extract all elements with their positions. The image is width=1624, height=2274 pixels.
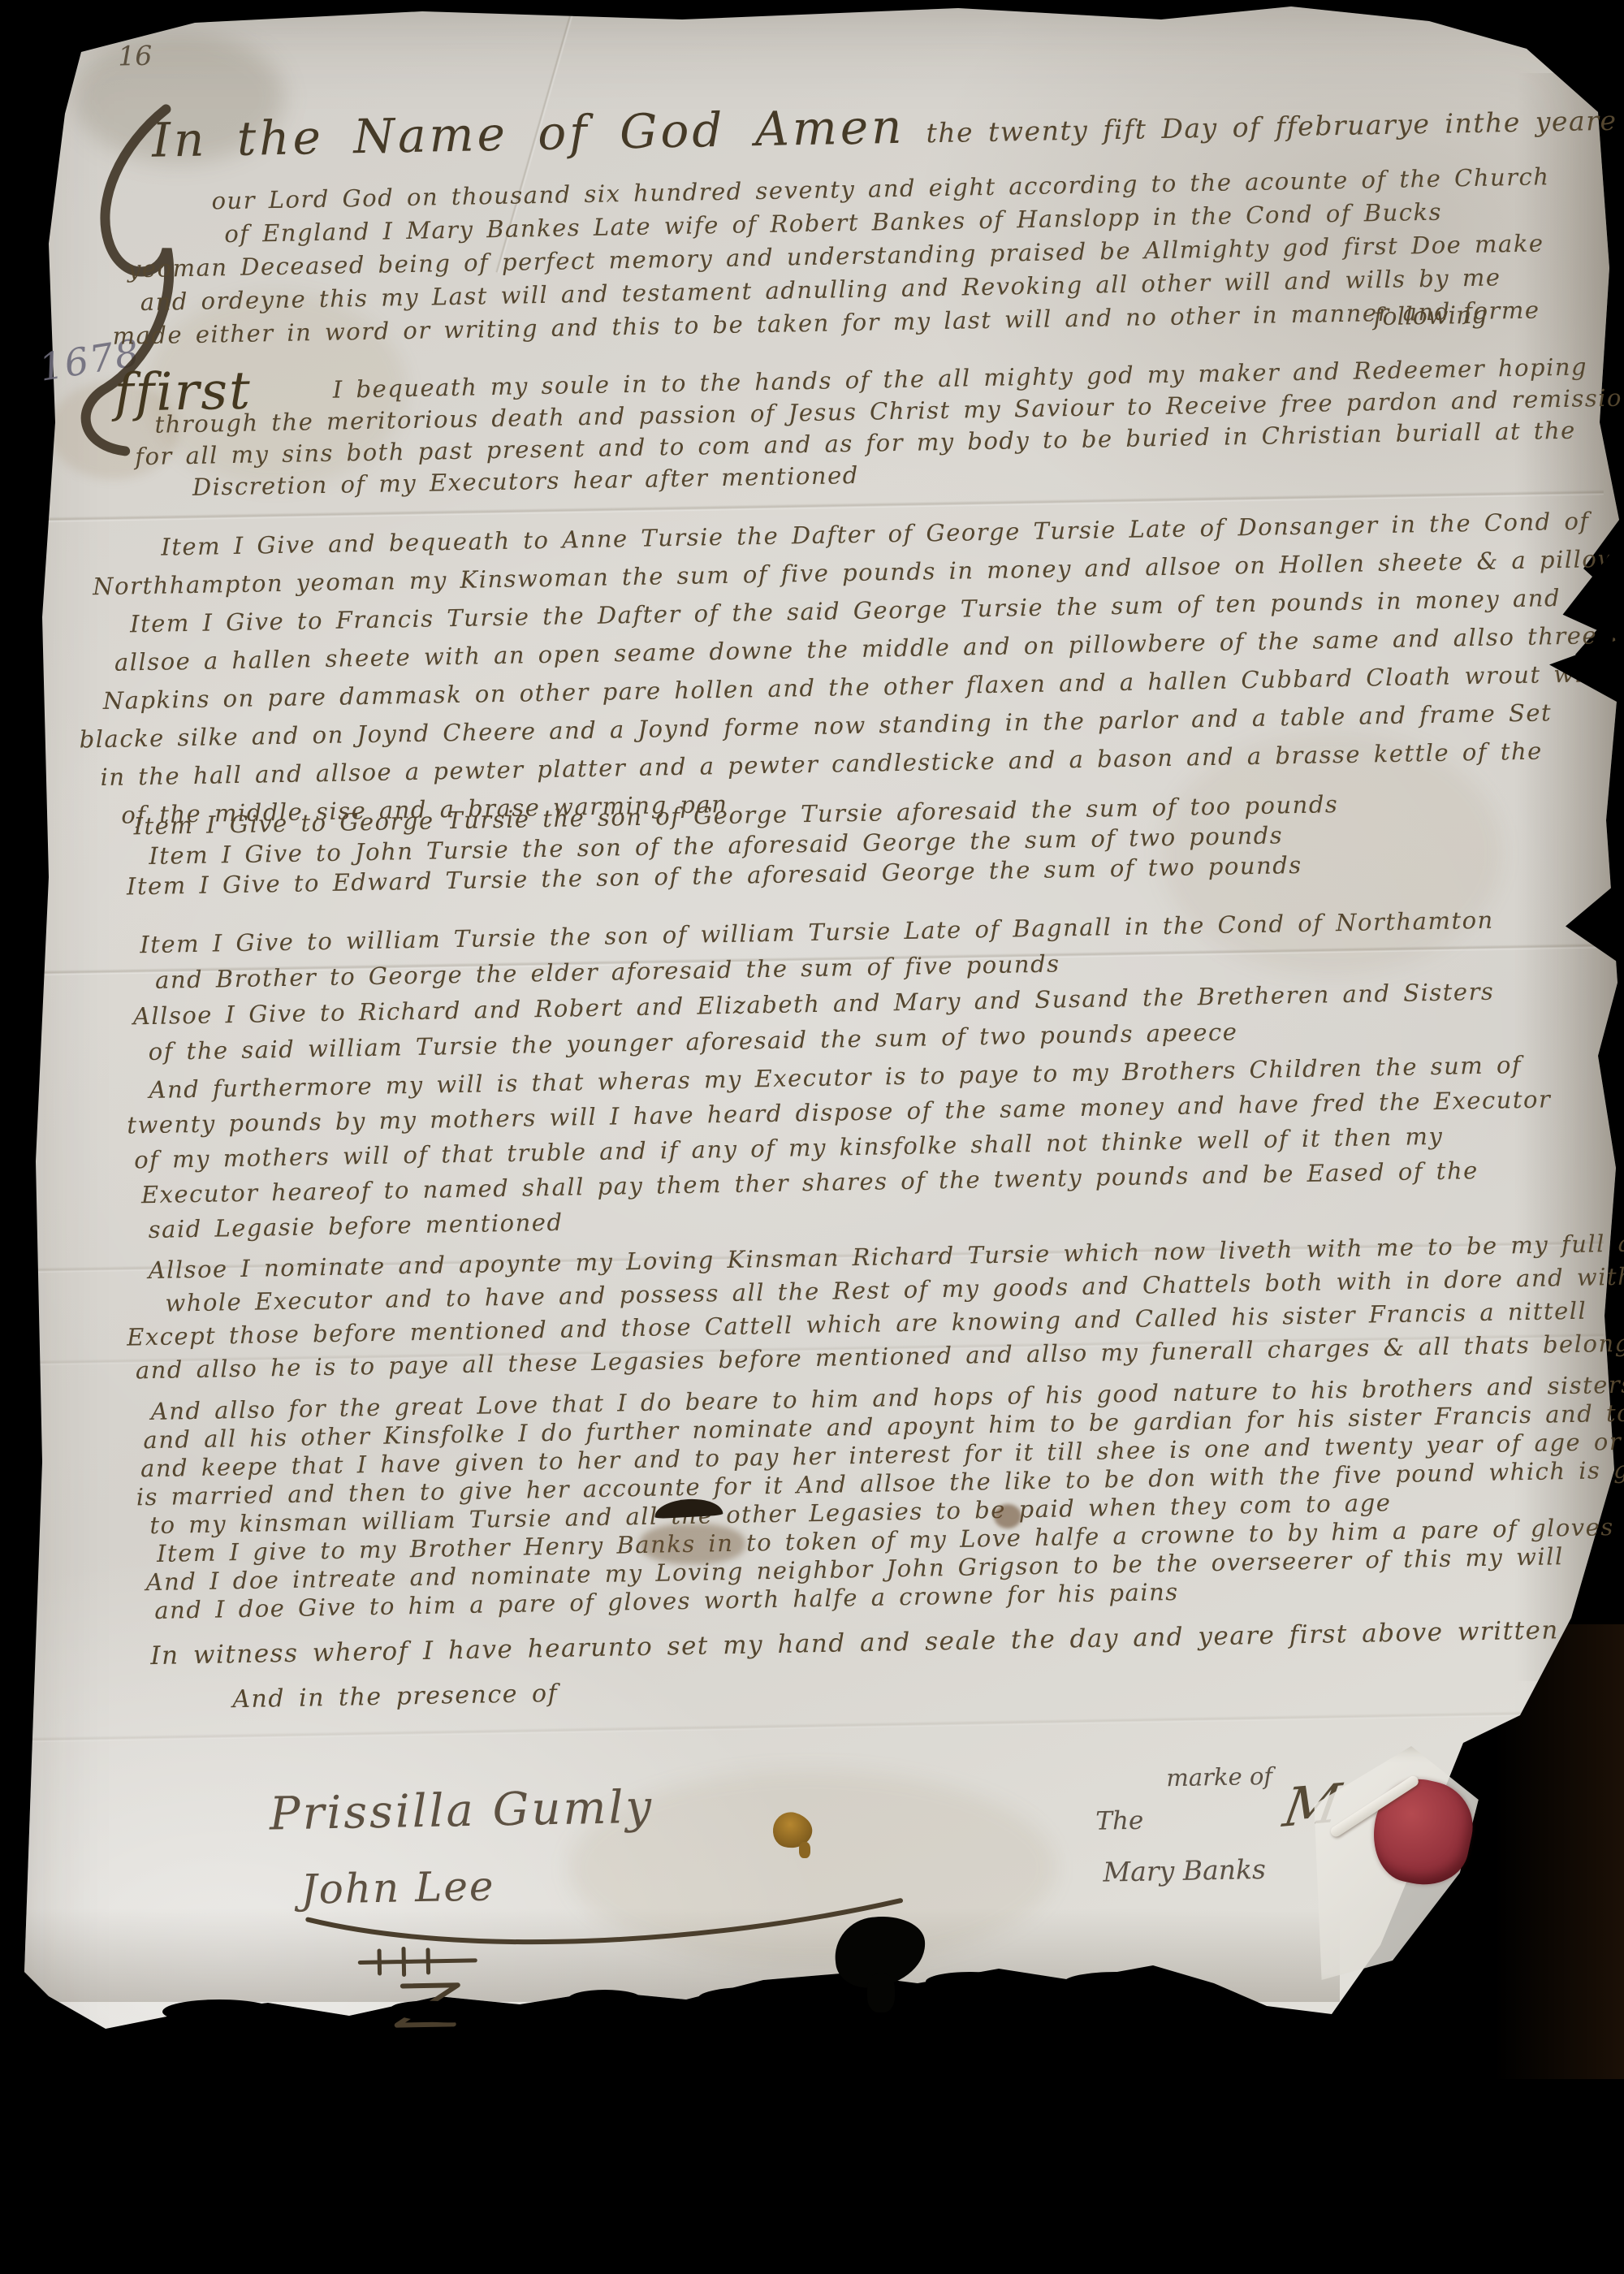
soul-bequest-paragraph: I bequeath my soule in to the hands of t…	[202, 350, 1624, 503]
witness-statement: In witness wherof I have hearunto set my…	[150, 1615, 1559, 1671]
folio-number: 16	[118, 40, 153, 72]
mark-label-top: marke of	[1166, 1762, 1272, 1792]
paper-hole-tail	[867, 1974, 895, 2012]
executor-paragraph: Allsoe I nominate and apoynte my Loving …	[125, 1226, 1624, 1387]
bequests-anne-paragraph: Item I Give and bequeath to Anne Tursie …	[104, 500, 1624, 835]
presence-line: And in the presence of	[232, 1680, 558, 1714]
ragged-edge-blob	[1064, 1972, 1169, 1993]
opening-date-phrase: the twenty fift Day of ffebruarye inthe …	[926, 104, 1624, 149]
testatrix-name: Mary Banks	[1103, 1853, 1266, 1888]
opening-line: In the Name of God Amenthe twenty fift D…	[152, 85, 1624, 168]
guardianship-paragraph: And allso for the great Love that I do b…	[128, 1368, 1624, 1625]
bequests-william-paragraph: Item I Give to william Tursie the son of…	[132, 902, 1497, 1070]
opening-paragraph: our Lord God on thousand six hundred sev…	[191, 160, 1553, 352]
witness-paraph-mark	[353, 1935, 501, 2043]
ragged-edge-blob	[162, 1999, 276, 2024]
ragged-edge-blob	[568, 1990, 641, 2008]
mark-label-left: The	[1095, 1806, 1144, 1836]
ragged-edge-blob	[926, 1972, 1015, 1991]
damage-spot-tail	[799, 1842, 810, 1858]
mothers-will-paragraph: And furthermore my will is that wheras m…	[126, 1047, 1553, 1247]
ragged-edge-blob	[698, 1987, 820, 2009]
ink-speck	[994, 1504, 1021, 1528]
witness-signature-prissilla-gumly: Prissilla Gumly	[269, 1781, 654, 1841]
ink-smudge	[640, 1524, 745, 1564]
opening-tail-word: following	[1373, 301, 1488, 332]
manuscript-photo: 16 1678 In the Name of God Amenthe twent…	[0, 0, 1624, 2274]
opening-invocation: In the Name of God Amen	[152, 99, 906, 168]
